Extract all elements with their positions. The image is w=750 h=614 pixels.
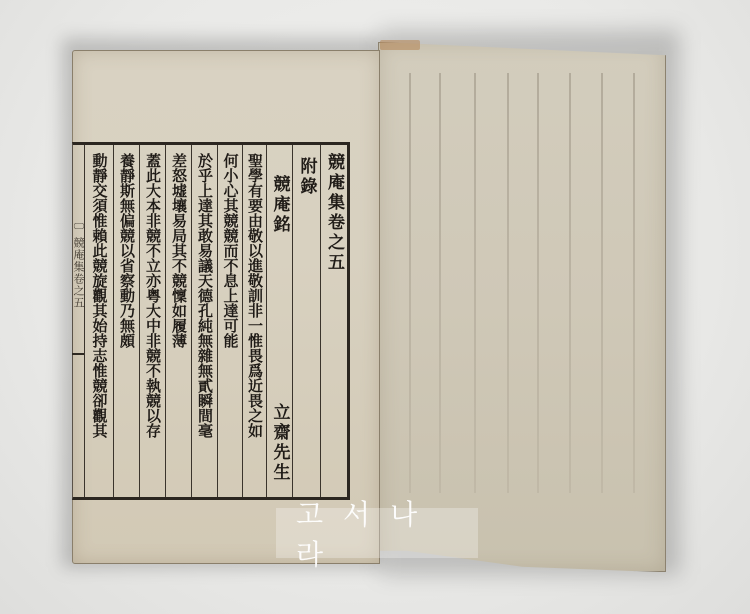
inscription-title: 競庵銘 bbox=[268, 175, 292, 235]
watermark: 고서나라 bbox=[276, 508, 478, 558]
text-column: 養靜斯無偏競以省察動乃無頗 bbox=[113, 145, 139, 497]
text-column: 於乎上達其敢易議天德孔純無雜無貳瞬間毫 bbox=[191, 145, 217, 497]
text-line: 何小心其競競而不息上達可能 bbox=[222, 153, 239, 348]
text-line: 蓋此大本非競不立亦粤大中非競不執競以存 bbox=[144, 153, 161, 438]
bleed-through-line bbox=[474, 73, 476, 493]
text-column: 蓋此大本非競不立亦粤大中非競不執競以存 bbox=[139, 145, 165, 497]
text-line: 於乎上達其敢易議天德孔純無雜無貳瞬間毫 bbox=[196, 153, 213, 438]
text-line: 差怒墟壤易局其不競懍如履薄 bbox=[170, 153, 187, 348]
torn-page-corner bbox=[380, 40, 420, 50]
appendix-heading: 附錄 bbox=[295, 157, 319, 197]
text-column: 差怒墟壤易局其不競懍如履薄 bbox=[165, 145, 191, 497]
page-margin-column: 〔〕 競庵集卷之五 bbox=[72, 145, 84, 497]
bleed-through-line bbox=[601, 73, 603, 493]
text-column: 聖學有要由敬以進敬訓非一惟畏爲近畏之如 bbox=[242, 145, 266, 497]
bleed-through-line bbox=[507, 73, 509, 493]
bleed-through-line bbox=[633, 73, 635, 493]
author-name: 立齋先生 bbox=[268, 403, 292, 483]
text-column: 何小心其競競而不息上達可能 bbox=[217, 145, 242, 497]
volume-title: 競庵集卷之五 bbox=[322, 153, 346, 273]
column-inscription: 競庵銘 立齋先生 bbox=[266, 145, 292, 497]
watermark-text: 고서나라 bbox=[276, 493, 478, 573]
text-line: 聖學有要由敬以進敬訓非一惟畏爲近畏之如 bbox=[246, 153, 263, 438]
margin-divider bbox=[72, 353, 84, 355]
bleed-through-line bbox=[537, 73, 539, 493]
bleed-through-line bbox=[569, 73, 571, 493]
bleed-through-line bbox=[409, 73, 411, 493]
text-column: 動靜交須惟賴此競旋觀其始持志惟競卻觀其 bbox=[84, 145, 113, 497]
column-appendix: 附錄 bbox=[292, 145, 320, 497]
text-line: 養靜斯無偏競以省察動乃無頗 bbox=[118, 153, 135, 348]
text-line: 動靜交須惟賴此競旋觀其始持志惟競卻觀其 bbox=[91, 153, 108, 438]
bleed-through-line bbox=[439, 73, 441, 493]
column-volume-title: 競庵集卷之五 bbox=[320, 145, 347, 497]
